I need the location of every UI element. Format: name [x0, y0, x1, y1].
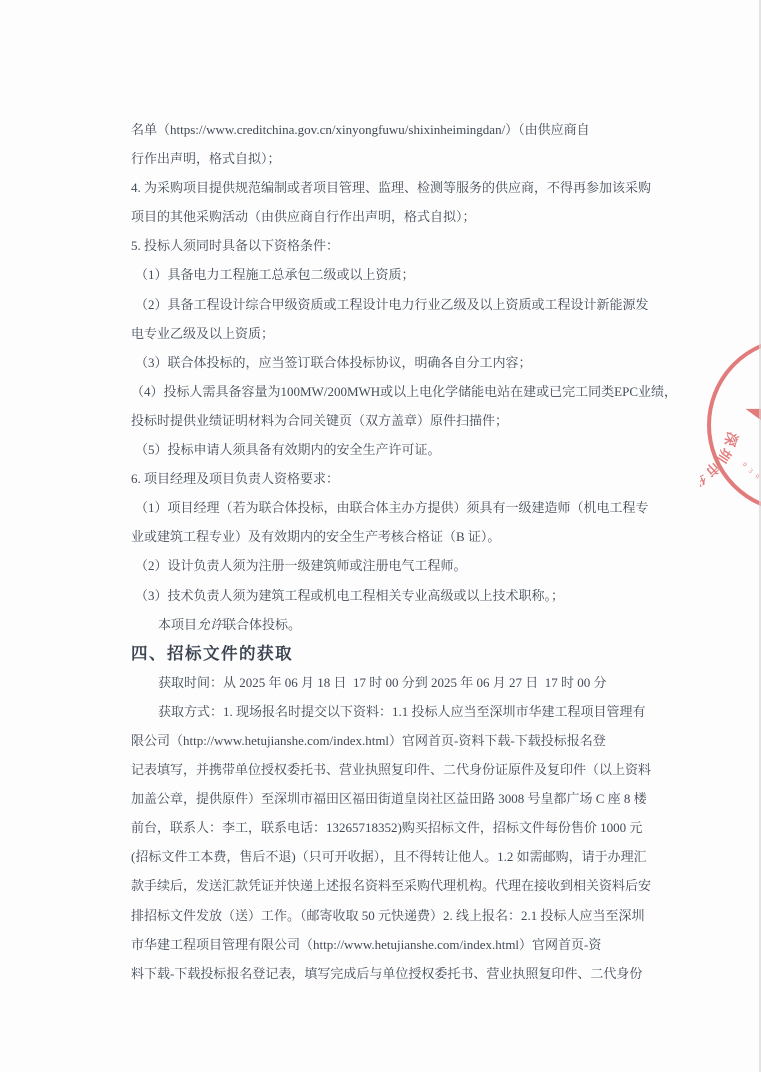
seal-outer-circle-icon	[709, 339, 761, 511]
text-line: 6. 项目经理及项目负责人资格要求：	[131, 464, 647, 493]
text-line: 电专业乙级及以上资质；	[131, 319, 647, 348]
text-line: 获取方式：1. 现场报名时提交以下资料：1.1 投标人应当至深圳市华建工程项目管…	[131, 697, 647, 726]
text-line: 料下载-下载投标报名登记表，填写完成后与单位授权委托书、营业执照复印件、二代身份	[131, 959, 647, 988]
text-line: 5. 投标人须同时具备以下资格条件：	[131, 231, 647, 260]
text-line: (招标文件工本费，售后不退)（只可开收据），且不得转让他人。1.2 如需邮购，请…	[131, 842, 647, 871]
text-line: （2）具备工程设计综合甲级资质或工程设计电力行业乙级及以上资质或工程设计新能源发	[131, 290, 647, 319]
text-line: 市华建工程项目管理有限公司（http://www.hetujianshe.com…	[131, 930, 647, 959]
document-page: 名单（https://www.creditchina.gov.cn/xinyon…	[0, 0, 761, 1072]
seal-ring-text: 深圳市华建工程项目管理有限公司	[700, 362, 741, 497]
text-line: 名单（https://www.creditchina.gov.cn/xinyon…	[131, 115, 647, 144]
text-line: （3）联合体投标的，应当签订联合体投标协议，明确各自分工内容；	[131, 348, 647, 377]
text-line: 业或建筑工程专业）及有效期内的安全生产考核合格证（B 证）。	[131, 522, 647, 551]
seal-serial-digits: 0 3 0 0 8 2 6	[741, 461, 761, 492]
text-line: 4. 为采购项目提供规范编制或者项目管理、监理、检测等服务的供应商，不得再参加该…	[131, 173, 647, 202]
allow-line-suffix: 联合体投标。	[223, 617, 301, 632]
text-line: 记表填写，并携带单位授权委托书、营业执照复印件、二代身份证原件及复印件（以上资料	[131, 755, 647, 784]
text-line: 加盖公章，提供原件）至深圳市福田区福田街道皇岗社区益田路 3008 号皇都广场 …	[131, 784, 647, 813]
svg-text:0 3 0 0 8 2 6: 0 3 0 0 8 2 6	[741, 461, 761, 492]
section-heading-obtain-documents: 四、招标文件的获取	[131, 639, 647, 668]
text-line: （3）技术负责人须为建筑工程或机电工程相关专业高级或以上技术职称。；	[131, 581, 647, 610]
svg-text:深圳市华建工程项目管理有限公司: 深圳市华建工程项目管理有限公司	[700, 362, 741, 497]
company-seal-stamp: 深圳市华建工程项目管理有限公司 0 3 0 0 8 2 6	[700, 330, 761, 520]
allow-consortium-line: 本项目允许联合体投标。	[131, 610, 647, 639]
allow-line-prefix: 本项目	[158, 617, 197, 632]
text-line: （1）具备电力工程施工总承包二级或以上资质；	[131, 260, 647, 289]
text-line: 行作出声明，格式自拟）；	[131, 144, 647, 173]
text-line: 排招标文件发放（送）工作。（邮寄收取 50 元快递费）2. 线上报名：2.1 投…	[131, 901, 647, 930]
text-line: （5）投标申请人须具备有效期内的安全生产许可证。	[131, 435, 647, 464]
text-line: 前台，联系人：李工，联系电话：13265718352)购买招标文件，招标文件每份…	[131, 813, 647, 842]
allow-line-italic: 允许	[197, 617, 223, 632]
text-line: （2）设计负责人须为注册一级建筑师或注册电气工程师。	[131, 551, 647, 580]
text-line: 限公司（http://www.hetujianshe.com/index.htm…	[131, 726, 647, 755]
text-line: 获取时间：从 2025 年 06 月 18 日 17 时 00 分到 2025 …	[131, 668, 647, 697]
text-line: 项目的其他采购活动（由供应商自行作出声明，格式自拟）；	[131, 202, 647, 231]
document-body: 名单（https://www.creditchina.gov.cn/xinyon…	[131, 115, 647, 988]
text-line: （4）投标人需具备容量为100MW/200MWH或以上电化学储能电站在建或已完工…	[131, 377, 647, 406]
text-line: 投标时提供业绩证明材料为合同关键页（双方盖章）原件扫描件；	[131, 406, 647, 435]
text-line: （1）项目经理（若为联合体投标，由联合体主办方提供）须具有一级建造师（机电工程专	[131, 493, 647, 522]
text-line: 款手续后，发送汇款凭证并快递上述报名资料至采购代理机构。代理在接收到相关资料后安	[131, 871, 647, 900]
